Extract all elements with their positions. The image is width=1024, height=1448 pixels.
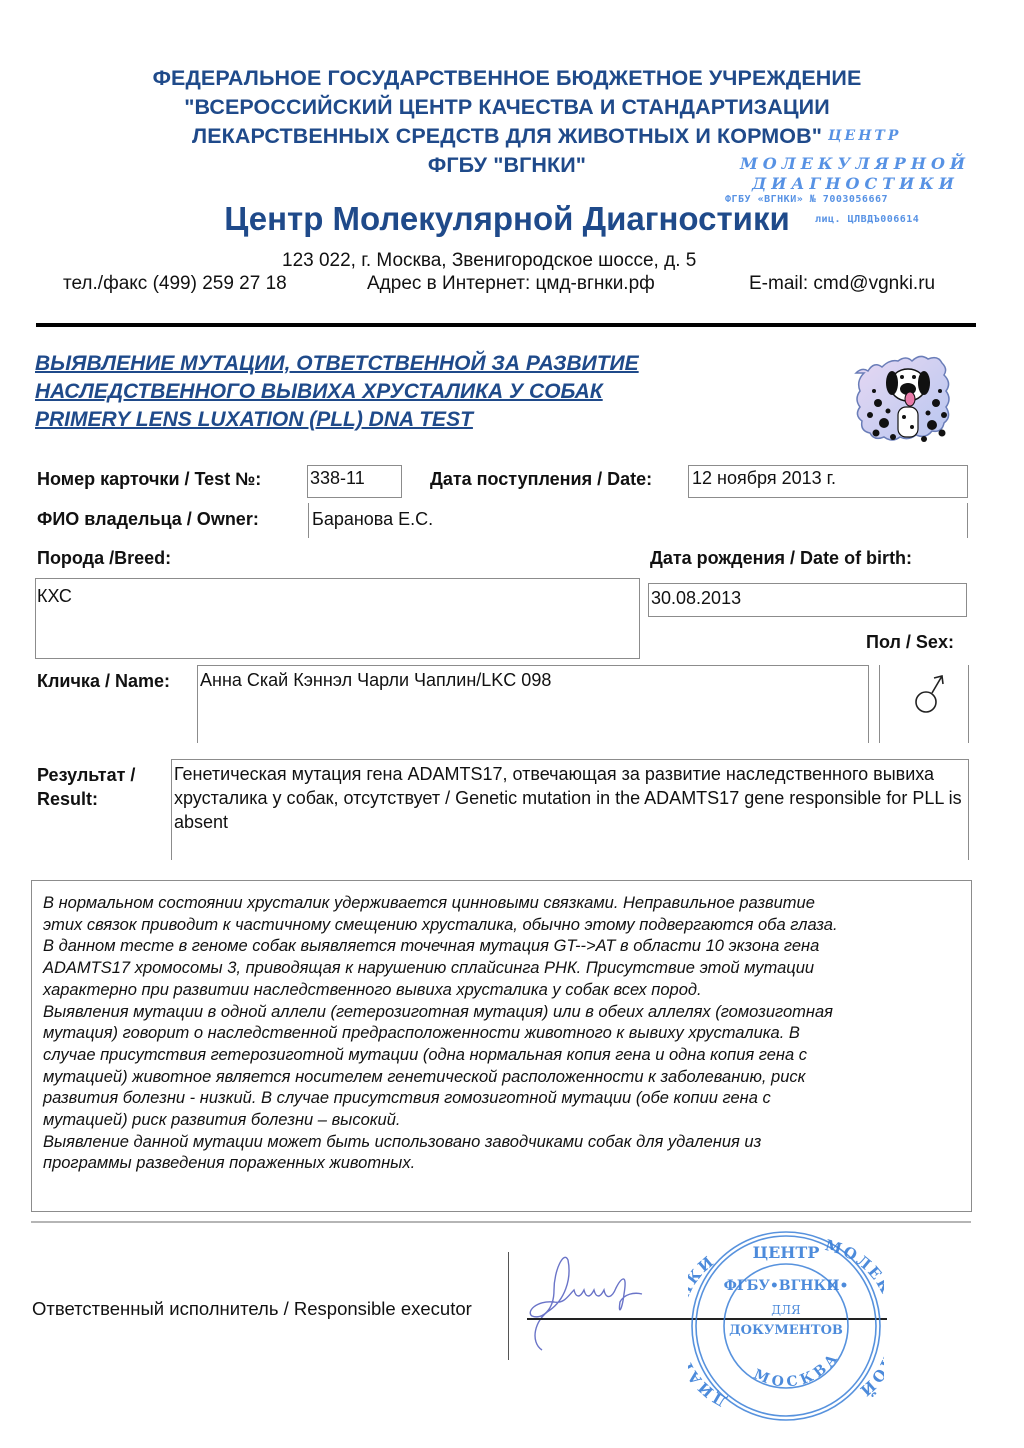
test-number-value: 338-11 <box>310 468 365 489</box>
test-title-line-1: ВЫЯВЛЕНИЕ МУТАЦИИ, ОТВЕТСТВЕННОЙ ЗА РАЗВ… <box>35 352 639 376</box>
official-seal-icon: ДИАГНОСТИКИ МОЛЕКУЛЯРНОЙ ЦЕНТР ФГБУ•ВГНК… <box>688 1228 884 1424</box>
stamp-line: МОЛЕКУЛЯРНОЙ <box>740 154 970 173</box>
result-value: Генетическая мутация гена ADAMTS17, отве… <box>174 762 964 834</box>
sex-field-left-border <box>879 665 880 743</box>
name-field-right-border <box>868 665 869 743</box>
sex-label: Пол / Sex: <box>866 632 954 653</box>
svg-text:ФГБУ•ВГНКИ•: ФГБУ•ВГНКИ• <box>724 1278 849 1294</box>
date-received-value: 12 ноября 2013 г. <box>692 468 836 489</box>
name-field-top-border <box>197 665 869 666</box>
result-label-en: Result: <box>37 789 98 810</box>
info-text: В нормальном состоянии хрусталик удержив… <box>43 893 963 1175</box>
header-divider <box>36 323 976 327</box>
date-of-birth-label: Дата рождения / Date of birth: <box>650 548 912 569</box>
name-value[interactable]: Анна Скай Кэннэл Чарли Чаплин/LKC 098 <box>200 670 551 691</box>
male-symbol-icon <box>912 672 946 716</box>
phone: тел./факс (499) 259 27 18 <box>63 273 287 295</box>
date-of-birth-value: 30.08.2013 <box>651 588 741 609</box>
test-title-line-3: PRIMERY LENS LUXATION (PLL) DNA TEST <box>35 408 473 432</box>
breed-field[interactable] <box>35 578 640 659</box>
breed-value: КХС <box>37 586 72 607</box>
stamp-line: лиц. ЦЛВДЪ006614 <box>815 214 919 225</box>
breed-label: Порода /Breed: <box>37 548 171 569</box>
svg-text:МОЛЕКУЛЯРНОЙ: МОЛЕКУЛЯРНОЙ <box>823 1236 884 1402</box>
email-link[interactable]: E-mail: cmd@vgnki.ru <box>749 273 935 295</box>
owner-value[interactable]: Баранова Е.С. <box>312 509 433 530</box>
svg-text:МОСКВА: МОСКВА <box>751 1348 843 1390</box>
stamp-line: ФГБУ «ВГНКИ» № 7003056667 <box>725 194 888 205</box>
owner-field-right-border <box>967 503 968 538</box>
signature-divider <box>508 1252 509 1360</box>
signature-icon <box>524 1250 664 1360</box>
svg-text:ДОКУМЕНТОВ: ДОКУМЕНТОВ <box>729 1323 843 1338</box>
result-label: Результат / <box>37 765 135 786</box>
org-name-line-1: ФЕДЕРАЛЬНОЕ ГОСУДАРСТВЕННОЕ БЮДЖЕТНОЕ УЧ… <box>0 66 1014 91</box>
result-field-left-border <box>171 759 172 860</box>
org-name-line-2: "ВСЕРОССИЙСКИЙ ЦЕНТР КАЧЕСТВА И СТАНДАРТ… <box>0 95 1014 120</box>
owner-label: ФИО владельца / Owner: <box>37 509 259 530</box>
test-title-line-2: НАСЛЕДСТВЕННОГО ВЫВИХА ХРУСТАЛИКА У СОБА… <box>35 380 603 404</box>
sex-field-right-border <box>968 665 969 743</box>
name-label: Кличка / Name: <box>37 671 170 692</box>
website-link[interactable]: Адрес в Интернет: цмд-вгнки.рф <box>367 273 655 295</box>
svg-text:ЦЕНТР: ЦЕНТР <box>753 1243 820 1262</box>
name-field-left-border <box>197 665 198 743</box>
responsible-executor-label: Ответственный исполнитель / Responsible … <box>32 1298 472 1320</box>
result-field-right-border <box>968 759 969 860</box>
stamp-line: ЦЕНТР <box>828 128 901 144</box>
footer-divider <box>31 1221 971 1223</box>
address: 123 022, г. Москва, Звенигородское шоссе… <box>282 250 696 272</box>
date-received-label: Дата поступления / Date: <box>430 469 652 490</box>
owner-field-left-border <box>308 503 309 538</box>
test-number-label: Номер карточки / Test №: <box>37 469 261 490</box>
stamp-line: ДИАГНОСТИКИ <box>752 174 959 193</box>
dalmatian-dog-logo-icon <box>848 343 968 455</box>
svg-text:ДЛЯ: ДЛЯ <box>771 1303 801 1317</box>
result-field-top-border <box>171 759 968 760</box>
